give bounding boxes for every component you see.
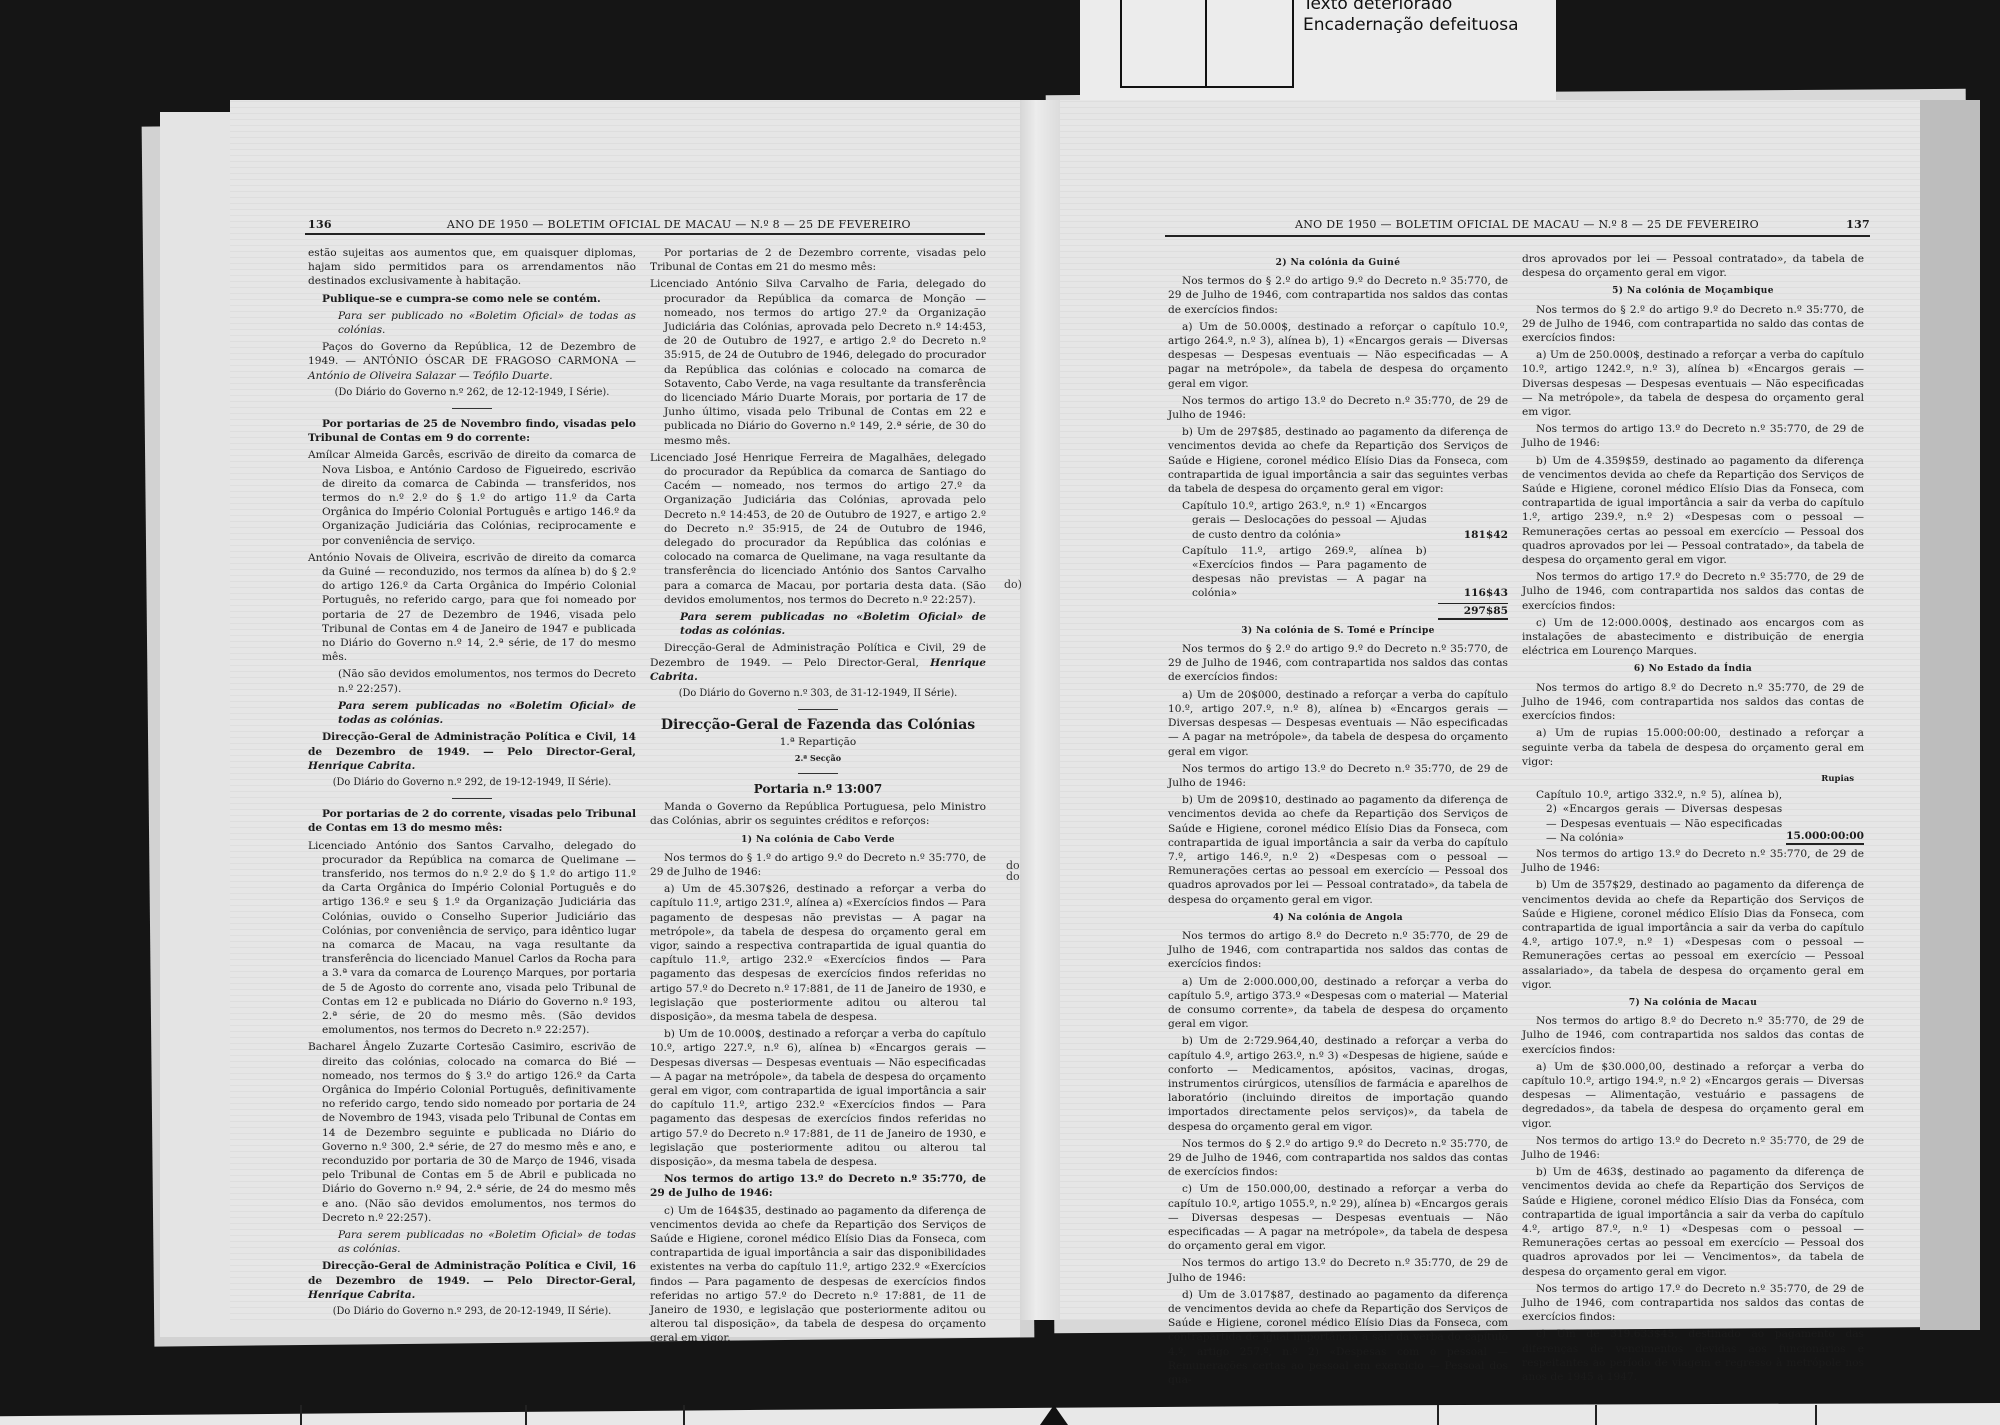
publication-note: Para serem publicadas no «Boletim Oficia… xyxy=(650,610,986,638)
left-page-header: 136 ANO DE 1950 — BOLETIM OFICIAL DE MAC… xyxy=(308,218,988,231)
paragraph: Por portarias de 2 do corrente, visadas … xyxy=(308,807,636,835)
colony-heading: 2) Na colónia da Guiné xyxy=(1168,256,1508,270)
paragraph: Publique-se e cumpra-se como nele se con… xyxy=(308,292,636,306)
ledger-total: 297$85 xyxy=(1438,603,1508,620)
credit-item: a) Um de $30.000,00, destinado a reforça… xyxy=(1522,1060,1864,1131)
portaria-title: Portaria n.º 13:007 xyxy=(650,782,986,796)
right-page-column-2: dros aprovados por lei — Pessoal contrat… xyxy=(1522,252,1864,1387)
colony-heading: 4) Na colónia de Angola xyxy=(1168,911,1508,925)
credit-item: c) Um de 164$35, destinado ao pagamento … xyxy=(650,1204,986,1346)
ledger-amount: 181$42 xyxy=(1464,528,1508,542)
right-page-header: ANO DE 1950 — BOLETIM OFICIAL DE MACAU —… xyxy=(1170,218,1870,231)
signature-block: Direcção-Geral de Administração Política… xyxy=(308,730,636,773)
publication-note: Para serem publicadas no «Boletim Oficia… xyxy=(308,699,636,727)
credit-item: a) Um de 50.000$, destinado a reforçar o… xyxy=(1168,320,1508,391)
signature-names: António de Oliveira Salazar — Teófilo Du… xyxy=(308,370,553,382)
paragraph: Nos termos do artigo 8.º do Decreto n.º … xyxy=(1522,681,1864,724)
header-rule xyxy=(305,233,985,235)
running-title: ANO DE 1950 — BOLETIM OFICIAL DE MACAU —… xyxy=(1295,218,1759,231)
ledger-description: Capítulo 10.º, artigo 263.º, n.º 1) «Enc… xyxy=(1182,499,1427,542)
credit-item: b) Um de 357$29, destinado ao pagamento … xyxy=(1522,878,1864,992)
appointment-entry: Bacharel Ângelo Zuzarte Cortesão Casimir… xyxy=(308,1040,636,1225)
condition-note: Texto deteriorado xyxy=(1303,0,1519,15)
credit-item: a) Um de 250.000$, destinado a reforçar … xyxy=(1522,348,1864,419)
paragraph: Nos termos do § 2.º do artigo 9.º do Dec… xyxy=(1168,274,1508,317)
credit-item: b) Um de 297$85, destinado ao pagamento … xyxy=(1168,425,1508,496)
appointment-entry: António Novais de Oliveira, escrivão de … xyxy=(308,551,636,665)
credit-item: c) Um de 319.633$45, destinado ao pagame… xyxy=(1522,1327,1864,1384)
frame-mark xyxy=(1437,1405,1439,1425)
frame-mark xyxy=(300,1405,302,1425)
divider xyxy=(452,798,492,799)
credit-item: b) Um de 10.000$, destinado a reforçar a… xyxy=(650,1027,986,1169)
paragraph: Nos termos do § 2.º do artigo 9.º do Dec… xyxy=(1522,303,1864,346)
credit-item: d) Um de 3.017$87, destinado ao pagament… xyxy=(1168,1288,1508,1387)
credit-item: a) Um de rupias 15.000:00:00, destinado … xyxy=(1522,726,1864,769)
paragraph: Nos termos do artigo 13.º do Decreto n.º… xyxy=(1168,762,1508,790)
publication-note: Para serem publicadas no «Boletim Oficia… xyxy=(308,1228,636,1256)
condition-note: Encadernação defeituosa xyxy=(1303,15,1519,36)
colony-heading: 6) No Estado da Índia xyxy=(1522,662,1864,676)
ledger-row: Capítulo 10.º, artigo 332.º, n.º 5), alí… xyxy=(1536,788,1864,845)
damaged-book-sketch-icon xyxy=(1120,0,1294,88)
left-page-column-2: Por portarias de 2 de Dezembro corrente,… xyxy=(650,246,986,1349)
credit-item: c) Um de 150.000,00, destinado a reforça… xyxy=(1168,1182,1508,1253)
paragraph: Nos termos do § 2.º do artigo 9.º do Dec… xyxy=(1168,1137,1508,1180)
paragraph: Nos termos do artigo 13.º do Decreto n.º… xyxy=(1168,1256,1508,1284)
page-stack-right-fore-edge xyxy=(1920,100,1980,1330)
ledger-row: Capítulo 10.º, artigo 263.º, n.º 1) «Enc… xyxy=(1182,499,1508,542)
credit-item: a) Um de 2:000.000,00, destinado a refor… xyxy=(1168,975,1508,1032)
publication-note: Para ser publicado no «Boletim Oficial» … xyxy=(308,309,636,337)
paragraph: Nos termos do artigo 17.º do Decreto n.º… xyxy=(1522,1282,1864,1325)
source-citation: (Do Diário do Governo n.º 293, de 20-12-… xyxy=(308,1305,636,1319)
paragraph: Nos termos do artigo 13.º do Decreto n.º… xyxy=(1522,1134,1864,1162)
paragraph: (Não são devidos emolumentos, nos termos… xyxy=(308,667,636,695)
signature-text: Direcção-Geral de Administração Política… xyxy=(308,1260,636,1286)
frame-mark xyxy=(1815,1405,1817,1425)
colony-heading: 1) Na colónia de Cabo Verde xyxy=(650,833,986,847)
page-number: 137 xyxy=(1846,218,1870,231)
divider xyxy=(798,773,838,774)
paragraph: Nos termos do artigo 13.º do Decreto n.º… xyxy=(650,1172,986,1200)
credit-item: b) Um de 4.359$59, destinado ao pagament… xyxy=(1522,454,1864,568)
running-title: ANO DE 1950 — BOLETIM OFICIAL DE MACAU —… xyxy=(447,218,911,231)
paragraph: Nos termos do artigo 13.º do Decreto n.º… xyxy=(1168,394,1508,422)
paragraph: Nos termos do § 2.º do artigo 9.º do Dec… xyxy=(1168,642,1508,685)
paragraph: Nos termos do artigo 17.º do Decreto n.º… xyxy=(1522,570,1864,613)
ledger-description: Capítulo 11.º, artigo 269.º, alínea b) «… xyxy=(1182,544,1427,601)
appointment-entry: Licenciado António dos Santos Carvalho, … xyxy=(308,839,636,1038)
section-subtitle: 2.ª Secção xyxy=(650,751,986,765)
paragraph: Nos termos do artigo 13.º do Decreto n.º… xyxy=(1522,422,1864,450)
colony-heading: 3) Na colónia de S. Tomé e Príncipe xyxy=(1168,624,1508,638)
colony-heading: 5) Na colónia de Moçambique xyxy=(1522,284,1864,298)
divider xyxy=(452,408,492,409)
currency-unit-label: Rupias xyxy=(1522,772,1854,786)
credit-item: a) Um de 20$000, destinado a reforçar a … xyxy=(1168,688,1508,759)
appointment-entry: Licenciado António Silva Carvalho de Far… xyxy=(650,277,986,447)
signature-block: Direcção-Geral de Administração Política… xyxy=(650,641,986,684)
paragraph: Nos termos do artigo 13.º do Decreto n.º… xyxy=(1522,847,1864,875)
section-subtitle: 1.ª Repartição xyxy=(650,735,986,749)
ledger-amount: 15.000:00:00 xyxy=(1786,829,1864,845)
source-citation: (Do Diário do Governo n.º 262, de 12-12-… xyxy=(308,386,636,400)
signature-text: Direcção-Geral de Administração Política… xyxy=(308,731,636,757)
ledger-description: Capítulo 10.º, artigo 332.º, n.º 5), alí… xyxy=(1536,788,1782,845)
appointment-entry: Amílcar Almeida Garcês, escrivão de dire… xyxy=(308,448,636,547)
ledger-amount: 116$43 xyxy=(1464,586,1508,600)
credit-item: c) Um de 12:000.000$, destinado aos enca… xyxy=(1522,616,1864,659)
section-title: Direcção-Geral de Fazenda das Colónias xyxy=(650,718,986,732)
credit-item: b) Um de 209$10, destinado ao pagamento … xyxy=(1168,793,1508,907)
signature-block: Paços do Governo da República, 12 de Dez… xyxy=(308,340,636,383)
condition-notes: Texto deteriorado Encadernação defeituos… xyxy=(1303,0,1519,36)
frame-mark xyxy=(1595,1405,1597,1425)
colony-heading: 7) Na colónia de Macau xyxy=(1522,996,1864,1010)
paragraph: Por portarias de 2 de Dezembro corrente,… xyxy=(650,246,986,274)
frame-mark xyxy=(683,1405,685,1425)
header-rule xyxy=(1165,235,1870,237)
gutter-text-fragment: do do xyxy=(1006,860,1020,882)
paragraph: estão sujeitas aos aumentos que, em quai… xyxy=(308,246,636,289)
paragraph: dros aprovados por lei — Pessoal contrat… xyxy=(1522,252,1864,280)
paragraph: Nos termos do § 1.º do artigo 9.º do Dec… xyxy=(650,851,986,879)
page-number: 136 xyxy=(308,218,332,231)
source-citation: (Do Diário do Governo n.º 303, de 31-12-… xyxy=(650,687,986,701)
credit-item: b) Um de 2:729.964,40, destinado a refor… xyxy=(1168,1034,1508,1133)
source-citation: (Do Diário do Governo n.º 292, de 19-12-… xyxy=(308,776,636,790)
signature-names: Henrique Cabrita. xyxy=(308,760,415,772)
ledger-row: Capítulo 11.º, artigo 269.º, alínea b) «… xyxy=(1182,544,1508,601)
paragraph: Manda o Governo da República Portuguesa,… xyxy=(650,800,986,828)
left-page-column-1: estão sujeitas aos aumentos que, em quai… xyxy=(308,246,636,1322)
signature-names: Henrique Cabrita. xyxy=(308,1289,415,1301)
paragraph: Nos termos do artigo 8.º do Decreto n.º … xyxy=(1522,1014,1864,1057)
credit-item: b) Um de 463$, destinado ao pagamento da… xyxy=(1522,1165,1864,1279)
appointment-entry: Licenciado José Henrique Ferreira de Mag… xyxy=(650,451,986,607)
credit-item: a) Um de 45.307$26, destinado a reforçar… xyxy=(650,882,986,1024)
sketch-spine xyxy=(1205,0,1207,86)
paragraph: Nos termos do artigo 8.º do Decreto n.º … xyxy=(1168,929,1508,972)
divider xyxy=(798,709,838,710)
signature-block: Direcção-Geral de Administração Política… xyxy=(308,1259,636,1302)
gutter-text-fragment: do) xyxy=(1004,578,1022,591)
frame-mark xyxy=(525,1405,527,1425)
right-page-column-1: 2) Na colónia da Guiné Nos termos do § 2… xyxy=(1168,252,1508,1390)
book-gutter xyxy=(1020,100,1060,1320)
frame-pointer-icon xyxy=(1040,1405,1068,1425)
paragraph: Por portarias de 25 de Novembro findo, v… xyxy=(308,417,636,445)
signature-text: Paços do Governo da República, 12 de Dez… xyxy=(308,341,636,367)
